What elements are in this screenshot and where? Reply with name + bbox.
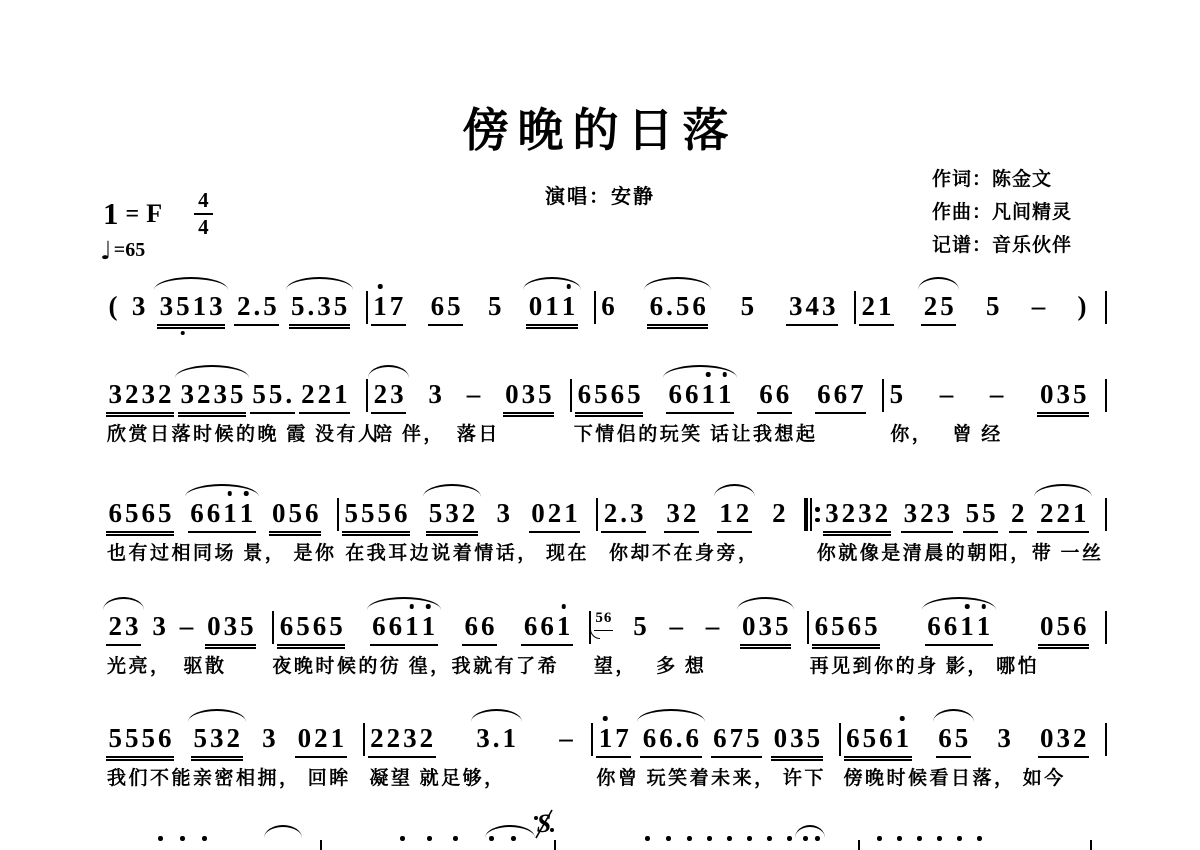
note: 7 <box>728 723 745 754</box>
note: 1 <box>894 723 911 754</box>
note: 3 <box>158 291 175 322</box>
measure: 3232323552221 <box>820 489 1105 533</box>
note: 6 <box>1072 611 1089 642</box>
note-group: 5556 <box>342 498 410 533</box>
note-group: 532 <box>426 498 478 533</box>
measure: 6565661166667 <box>572 370 882 414</box>
note: 6 <box>189 498 206 529</box>
note: – <box>704 611 721 642</box>
note: ( <box>107 291 119 322</box>
measure: 5––035 <box>884 370 1105 414</box>
lyrics-segment: 傍晚时候看日落， 如今 <box>840 763 1107 790</box>
note: 5 <box>674 291 691 322</box>
note: 6 <box>480 611 497 642</box>
note: 6 <box>278 611 295 642</box>
note-group: 6611 <box>370 611 438 646</box>
note-group: 221 <box>299 379 351 414</box>
note: 2 <box>369 723 386 754</box>
octave-dot <box>666 836 671 841</box>
note: – <box>178 611 195 642</box>
note: . <box>665 291 675 322</box>
lyrics-segment: 陪 伴， 落日 <box>369 419 570 446</box>
quarter-note-icon: ♩ <box>100 236 112 265</box>
note-group: 3 <box>426 379 445 412</box>
note: 3 <box>427 379 444 410</box>
notes-row: 3232323555.221233–03565656611666675––035 <box>103 370 1107 414</box>
note: 2 <box>300 379 317 410</box>
note: 3 <box>402 723 419 754</box>
note: 2 <box>1072 723 1089 754</box>
note: 3 <box>222 611 239 642</box>
note-group: 5 <box>631 611 650 644</box>
note: 6 <box>311 611 328 642</box>
note-group: 661 <box>521 611 573 646</box>
note-group: 3232 <box>823 498 891 533</box>
note: 2 <box>460 498 477 529</box>
note: 0 <box>270 498 287 529</box>
note: 1 <box>544 291 561 322</box>
note: 3 <box>151 611 168 642</box>
measure: 55565323021 <box>339 489 596 533</box>
octave-dot <box>767 836 772 841</box>
note: 6 <box>463 611 480 642</box>
note: 5 <box>239 611 256 642</box>
notation-system-verse-line-1: 3232323555.221233–03565656611666675––035… <box>103 370 1107 446</box>
note-group: 3513 <box>157 291 225 326</box>
tempo-value: =65 <box>114 239 145 262</box>
note-group: – <box>937 379 956 412</box>
note: 1 <box>959 611 976 642</box>
note-group: 66 <box>757 379 792 414</box>
note: 2 <box>372 379 389 410</box>
note: 6 <box>926 611 943 642</box>
tempo-marking: ♩ =65 <box>100 236 145 265</box>
note-group: 32 <box>664 498 699 533</box>
note: 5 <box>939 291 956 322</box>
note-group: 011 <box>526 291 578 326</box>
note: 6 <box>429 291 446 322</box>
note: 7 <box>614 723 631 754</box>
note: 1 <box>191 291 208 322</box>
note-group: 6561 <box>844 723 912 758</box>
note-group: 3 <box>995 723 1014 756</box>
note: 5 <box>774 611 791 642</box>
note: 2 <box>385 723 402 754</box>
measure: 1766.6675035 <box>593 714 838 758</box>
note-group: 21 <box>859 291 894 326</box>
octave-dot <box>897 836 902 841</box>
note: 0 <box>527 291 544 322</box>
note: 2 <box>225 723 242 754</box>
grace-note-group: 56 <box>594 598 613 631</box>
notation-system-verse-line-2: 65656611056555653230212.3321223232323552… <box>103 489 1107 565</box>
note-group: – <box>557 723 576 756</box>
note-group: 221 <box>1037 498 1089 533</box>
note: 6 <box>774 379 791 410</box>
key-degree: 1 <box>103 196 119 232</box>
note: 2 <box>922 291 939 322</box>
note-group: 66.6 <box>640 723 701 758</box>
note: 5 <box>805 723 822 754</box>
note: 2 <box>546 498 563 529</box>
measure: 21255–) <box>856 282 1105 326</box>
note-group: 5 <box>738 291 757 324</box>
note: 2 <box>1055 498 1072 529</box>
measure: 3232323555.221 <box>103 370 366 414</box>
slur-arc <box>264 825 302 838</box>
barline <box>1105 611 1107 644</box>
lyrics-row: 光亮， 驱散夜晚时候的彷 徨，我就有了希望， 多 想再见到你的身 影， 哪怕 <box>103 651 1107 678</box>
note-group: 66 <box>462 611 497 646</box>
barline <box>1105 723 1107 756</box>
note-group: 6 <box>599 291 618 324</box>
barline <box>858 840 860 850</box>
note: – <box>1030 291 1047 322</box>
transcriber-credit: 记谱：音乐伙伴 <box>932 229 1072 262</box>
note-group: – <box>177 611 196 644</box>
note-group: 3232 <box>106 379 174 414</box>
note: 6 <box>371 611 388 642</box>
note-group: 035 <box>1037 379 1089 414</box>
notes-row: 233–0356565661166661565––03565656611056 <box>103 602 1107 646</box>
notes-row: 65656611056555653230212.3321223232323552… <box>103 489 1107 533</box>
note-group: 056 <box>1038 611 1090 646</box>
note: 1 <box>563 498 580 529</box>
note: 2 <box>681 498 698 529</box>
note: 2 <box>919 498 936 529</box>
note: 3 <box>140 379 157 410</box>
note: 3 <box>389 379 406 410</box>
note: 5 <box>745 723 762 754</box>
note-group: 5 <box>984 291 1003 324</box>
note: 1 <box>975 611 992 642</box>
note: 3 <box>824 498 841 529</box>
credits-block: 作词：陈金文 作曲：凡间精灵 记谱：音乐伙伴 <box>932 163 1072 262</box>
note: 5 <box>287 498 304 529</box>
note-group: 65 <box>936 723 971 758</box>
lyrics-row: 也有过相同场 景， 是你在我耳边说着情话， 现在你却不在身旁，你就像是清晨的朝阳… <box>103 538 1107 565</box>
note-group: ) <box>1075 291 1089 324</box>
note-group: 6611 <box>188 498 256 533</box>
measure: 17655011 <box>368 282 594 326</box>
note: . <box>619 498 629 529</box>
note: . <box>306 291 316 322</box>
note: 2 <box>157 379 174 410</box>
note: 1 <box>716 379 733 410</box>
note: 1 <box>404 611 421 642</box>
note: 3 <box>495 498 512 529</box>
note-group: – <box>703 611 722 644</box>
note: 6 <box>303 498 320 529</box>
note: – <box>988 379 1005 410</box>
note: 3 <box>629 498 646 529</box>
octave-dot <box>180 836 185 841</box>
note: 2 <box>418 723 435 754</box>
lyrics-segment: 在我耳边说着情话， 现在 <box>341 538 605 565</box>
note: 6 <box>758 379 775 410</box>
note: 3 <box>857 498 874 529</box>
note-group: – <box>1029 291 1048 324</box>
note: 5 <box>486 291 503 322</box>
note-group: 6.56 <box>647 291 708 326</box>
note-group: – <box>987 379 1006 412</box>
note: 5 <box>107 723 124 754</box>
lyrics-segment: 夜晚时候的彷 徨，我就有了希 <box>268 651 590 678</box>
note: 3 <box>261 723 278 754</box>
note: 6 <box>878 723 895 754</box>
note: 1 <box>420 611 437 642</box>
note: 5 <box>595 610 604 627</box>
note: 2 <box>1010 498 1027 529</box>
lyrics-segment: 你却不在身旁， <box>605 538 813 565</box>
slur-arc <box>485 825 535 838</box>
note: 6 <box>157 723 174 754</box>
octave-dot <box>453 836 458 841</box>
note: 3 <box>1055 379 1072 410</box>
notes-row: 5556532302122323.1–1766.6675035656165303… <box>103 714 1107 758</box>
note: 5 <box>228 379 245 410</box>
note: 2 <box>316 379 333 410</box>
note: 6 <box>576 379 593 410</box>
measure: 233–035 <box>368 370 570 414</box>
note-group: 5 <box>887 379 906 412</box>
lyrics-segment: 你曾 玩笑着未来， 许下 <box>592 763 839 790</box>
note: 5 <box>332 291 349 322</box>
note-group: – <box>464 379 483 412</box>
note: 7 <box>849 379 866 410</box>
note-group: 55 <box>963 498 998 533</box>
note-group: 032 <box>1038 723 1090 758</box>
note: 5 <box>192 723 209 754</box>
barline <box>320 840 322 850</box>
note-group: 343 <box>786 291 838 326</box>
note-group: 035 <box>503 379 555 414</box>
note: 1 <box>372 291 389 322</box>
note: 0 <box>206 611 223 642</box>
notation-system-chorus-line-1: 233–0356565661166661565––03565656611056光… <box>103 602 1107 678</box>
note-group: 5556 <box>106 723 174 758</box>
note-group: 23 <box>106 611 141 646</box>
note: 2 <box>771 498 788 529</box>
octave-dot <box>877 836 882 841</box>
note: 0 <box>1039 611 1056 642</box>
note-group: 25 <box>921 291 956 326</box>
note: 7 <box>388 291 405 322</box>
note: 1 <box>555 611 572 642</box>
note: 1 <box>222 498 239 529</box>
note: 6 <box>816 379 833 410</box>
note: 3 <box>208 291 225 322</box>
note: 1 <box>1071 498 1088 529</box>
note: 3 <box>209 723 226 754</box>
measure: 565––035 <box>591 602 807 646</box>
note: 2 <box>734 498 751 529</box>
note-group: ( <box>106 291 120 324</box>
note: 6 <box>600 291 617 322</box>
lyrics-segment: 也有过相同场 景， 是你 <box>103 538 341 565</box>
note-group: 035 <box>740 611 792 646</box>
note: 3 <box>444 498 461 529</box>
note: 1 <box>718 498 735 529</box>
note: 5 <box>953 723 970 754</box>
lyrics-row: 欣赏日落时候的晚 霞 没有人陪 伴， 落日下情侣的玩笑 话让我想起你， 曾 经 <box>103 419 1107 446</box>
lyrics-segment: 你， 曾 经 <box>886 419 1107 446</box>
note: 1 <box>700 379 717 410</box>
lyrics-segment: 欣赏日落时候的晚 霞 没有人 <box>103 419 369 446</box>
segno-icon: S <box>532 807 556 846</box>
note: 3 <box>996 723 1013 754</box>
measure: (335132.55.35 <box>103 282 366 326</box>
notation-system-chorus-line-2: 5556532302122323.1–1766.6675035656165303… <box>103 714 1107 790</box>
note: 5 <box>830 611 847 642</box>
lyrics-segment: 你就像是清晨的朝阳，带 一丝 <box>813 538 1107 565</box>
note: 5 <box>593 379 610 410</box>
note: 5 <box>861 723 878 754</box>
note: 5 <box>157 498 174 529</box>
note-group: – <box>667 611 686 644</box>
note: 2 <box>235 291 252 322</box>
note-group: 056 <box>269 498 321 533</box>
octave-dot <box>158 836 163 841</box>
note: 3 <box>520 379 537 410</box>
note-group: 65 <box>428 291 463 326</box>
note: 2 <box>195 379 212 410</box>
note: 5 <box>888 379 905 410</box>
note: 1 <box>597 723 614 754</box>
note-group: 6565 <box>575 379 643 414</box>
note-group: 17 <box>596 723 631 758</box>
song-title: 傍晚的日落 <box>0 94 1200 160</box>
octave-dot <box>687 836 692 841</box>
note-group: 6565 <box>106 498 174 533</box>
note: 2 <box>124 379 141 410</box>
slur-arc <box>795 825 825 838</box>
time-signature: 4 4 <box>194 190 213 238</box>
note: 3 <box>212 379 229 410</box>
octave-dot <box>787 836 792 841</box>
note: 5 <box>446 291 463 322</box>
note-group: 2.3 <box>601 498 646 533</box>
barline <box>1105 379 1107 412</box>
key-tonic: F <box>146 199 162 229</box>
note: 0 <box>772 723 789 754</box>
octave-dot <box>917 836 922 841</box>
note: 5 <box>251 379 268 410</box>
measure: 55565323021 <box>103 714 363 758</box>
composer-credit: 作曲：凡间精灵 <box>932 196 1072 229</box>
octave-dot <box>427 836 432 841</box>
note-group: 12 <box>717 498 752 533</box>
note: 3 <box>1055 723 1072 754</box>
note: 5 <box>262 291 279 322</box>
note-group: 532 <box>191 723 243 758</box>
note: 2 <box>873 498 890 529</box>
meter-lower: 4 <box>194 213 213 238</box>
note: 3 <box>787 291 804 322</box>
note: 5 <box>359 498 376 529</box>
note: 2 <box>1038 498 1055 529</box>
note: 3 <box>820 291 837 322</box>
note: 6 <box>205 498 222 529</box>
key-signature: 1 = F 4 4 <box>103 190 213 238</box>
octave-dot <box>937 836 942 841</box>
lyrics-segment: 凝望 就足够， <box>365 763 592 790</box>
note: 1 <box>877 291 894 322</box>
score-page: 傍晚的日落 演唱：安静 作词：陈金文 作曲：凡间精灵 记谱：音乐伙伴 1 = F… <box>0 0 1200 850</box>
note: 2 <box>840 498 857 529</box>
note: 5 <box>981 498 998 529</box>
note: 6 <box>392 498 409 529</box>
note-group: 035 <box>771 723 823 758</box>
note: 6 <box>387 611 404 642</box>
lyrics-segment: 下情侣的玩笑 话让我想起 <box>570 419 887 446</box>
note: 1 <box>333 379 350 410</box>
note: 6 <box>539 611 556 642</box>
note: 6 <box>648 291 665 322</box>
meter-upper: 4 <box>194 190 213 213</box>
note-group: 3 <box>129 291 148 324</box>
note-group: 6565 <box>277 611 345 646</box>
note: 5 <box>537 379 554 410</box>
note: 5 <box>863 611 880 642</box>
note-group: 3 <box>494 498 513 531</box>
note: 6 <box>937 723 954 754</box>
note: 3 <box>789 723 806 754</box>
note-group: 5 <box>485 291 504 324</box>
note-group: 17 <box>371 291 406 326</box>
lyrics-row: 我们不能亲密相拥， 回眸凝望 就足够，你曾 玩笑着未来， 许下傍晚时候看日落， … <box>103 763 1107 790</box>
note: 6 <box>641 723 658 754</box>
note: 4 <box>804 291 821 322</box>
octave-dot <box>747 836 752 841</box>
notation-system-intro: (335132.55.351765501166.56534321255–) <box>103 282 1107 326</box>
note: – <box>558 723 575 754</box>
note: 5 <box>632 611 649 642</box>
note: 1 <box>560 291 577 322</box>
note: 6 <box>846 611 863 642</box>
note-group: 3 <box>150 611 169 644</box>
note: 5 <box>626 379 643 410</box>
note: 6 <box>845 723 862 754</box>
note: – <box>668 611 685 642</box>
note: 0 <box>741 611 758 642</box>
note: 3 <box>124 611 141 642</box>
note: . <box>252 291 262 322</box>
note: 5 <box>739 291 756 322</box>
note-group: 2232 <box>368 723 436 758</box>
note: . <box>674 723 684 754</box>
note: 5 <box>124 723 141 754</box>
key-equals: = <box>126 201 140 228</box>
note: 6 <box>658 723 675 754</box>
lyrics-segment: 我们不能亲密相拥， 回眸 <box>103 763 365 790</box>
note: 3 <box>935 498 952 529</box>
note: 6 <box>813 611 830 642</box>
note-group: 3.1 <box>474 723 519 756</box>
note: 6 <box>712 723 729 754</box>
octave-dot <box>727 836 732 841</box>
note: 3 <box>179 379 196 410</box>
lyrics-segment: 再见到你的身 影， 哪怕 <box>806 651 1107 678</box>
repeat-sign <box>804 498 820 531</box>
note: 6 <box>609 379 626 410</box>
measure: 6565661166661 <box>274 602 589 646</box>
note-group: 035 <box>205 611 257 646</box>
octave-dot <box>707 836 712 841</box>
note: 5 <box>964 498 981 529</box>
note-group: 6611 <box>925 611 993 646</box>
note: – <box>465 379 482 410</box>
